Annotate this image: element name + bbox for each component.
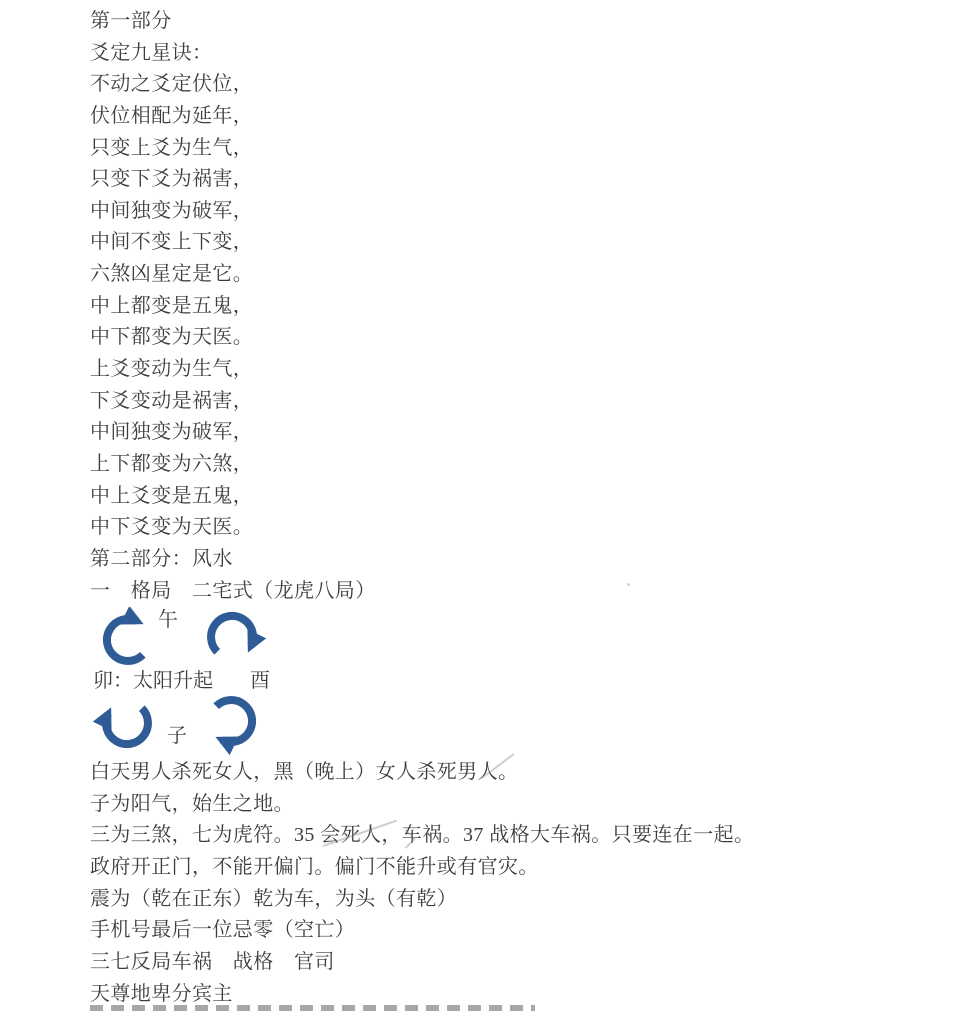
- diagram-label-midnight-zi: 子: [167, 724, 187, 748]
- text-line: 第二部分：风水: [90, 544, 973, 576]
- cycle-arrow-top-right: [211, 616, 253, 652]
- text-line: 上爻变动为生气，: [90, 354, 973, 386]
- text-line: 一 格局 二宅式（龙虎八局）: [90, 576, 973, 608]
- text-line: 下爻变动是祸害，: [90, 386, 973, 418]
- text-line: 中下爻变为天医。: [90, 512, 973, 544]
- text-line: 第一部分: [90, 6, 973, 38]
- text-line: 只变下爻为祸害，: [90, 164, 973, 196]
- partial-next-line: [90, 1005, 535, 1011]
- sun-cycle-diagram: 午 卯：太阳升起 酉 子: [90, 607, 390, 757]
- text-line: 三七反局车祸 战格 官司: [90, 947, 973, 979]
- faint-speck: [627, 583, 630, 586]
- text-line: 中间独变为破军，: [90, 196, 973, 228]
- text-line: 上下都变为六煞，: [90, 449, 973, 481]
- cycle-arrow-bottom-left: [106, 708, 148, 744]
- text-line: 震为（乾在正东）乾为车，为头（有乾）: [90, 884, 973, 916]
- diagram-label-noon-wu: 午: [158, 608, 178, 632]
- text-line: 白天男人杀死女人，黑（晚上）女人杀死男人。: [90, 757, 973, 789]
- text-line: 三为三煞，七为虎符。35 会死人，车祸。37 战格大车祸。只要连在一起。: [90, 820, 973, 852]
- text-line: 手机号最后一位忌零（空亡）: [90, 915, 973, 947]
- text-line: 中上都变是五鬼，: [90, 291, 973, 323]
- document-page: 第一部分 爻定九星诀： 不动之爻定伏位， 伏位相配为延年， 只变上爻为生气， 只…: [0, 0, 973, 1011]
- text-line: 中下都变为天医。: [90, 322, 973, 354]
- text-line: 六煞凶星定是它。: [90, 259, 973, 291]
- text-line: 中上爻变是五鬼，: [90, 481, 973, 513]
- text-line: 政府开正门，不能开偏门。偏门不能升或有官灾。: [90, 852, 973, 884]
- text-line: 只变上爻为生气，: [90, 133, 973, 165]
- diagram-label-west-you: 酉: [250, 669, 270, 693]
- text-line: 不动之爻定伏位，: [90, 69, 973, 101]
- diagram-label-east-sunrise-mao: 卯：太阳升起: [93, 669, 213, 693]
- cycle-arrow-bottom-right: [216, 700, 252, 742]
- text-line: 伏位相配为延年，: [90, 101, 973, 133]
- text-column: 第一部分 爻定九星诀： 不动之爻定伏位， 伏位相配为延年， 只变上爻为生气， 只…: [0, 0, 973, 1010]
- text-line: 爻定九星诀：: [90, 38, 973, 70]
- cycle-arrow-top-left: [107, 619, 143, 661]
- text-line: 子为阳气，始生之地。: [90, 789, 973, 821]
- text-line: 中间不变上下变，: [90, 227, 973, 259]
- text-line: 中间独变为破军，: [90, 417, 973, 449]
